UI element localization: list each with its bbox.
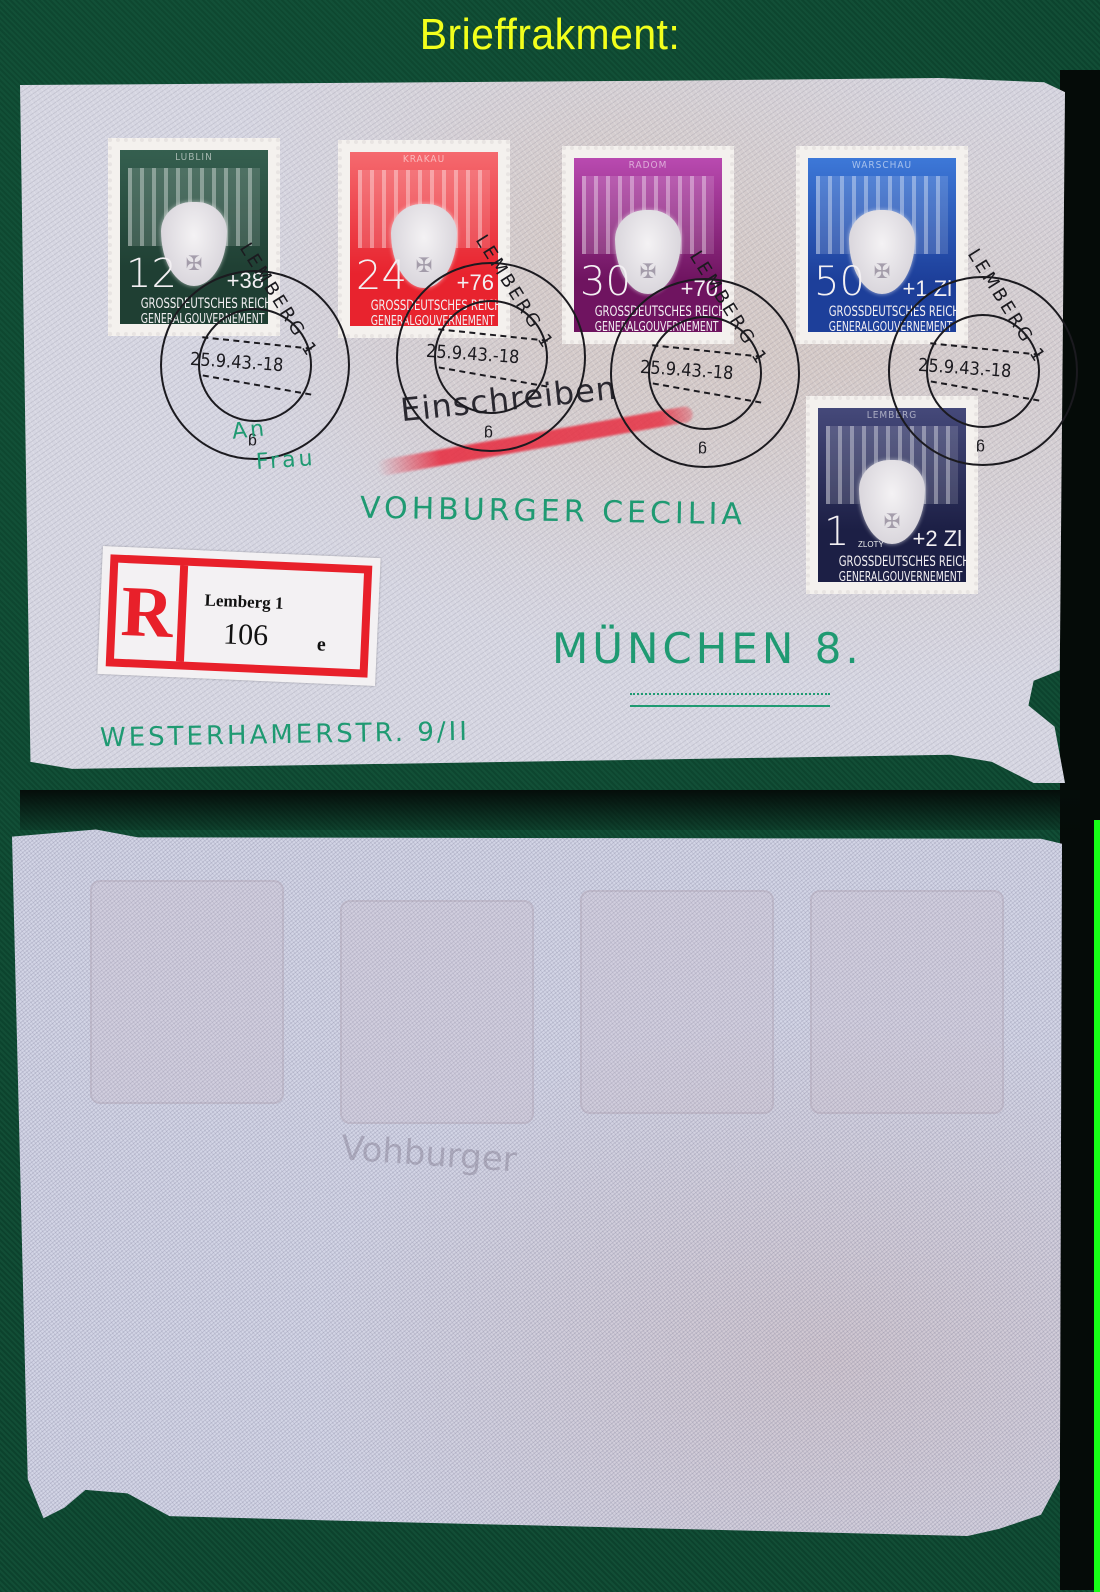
address-salutation: An (231, 416, 268, 445)
stamp-value: 24 (356, 256, 407, 296)
background-shadow-band (20, 790, 1080, 830)
registration-number: 106 (222, 617, 268, 653)
stamp-city: KRAKAU (350, 154, 498, 165)
address-title: Frau (255, 446, 316, 475)
address-city-underline (630, 693, 830, 707)
stamp-value: 30 (580, 262, 631, 302)
registration-label-frame: R (106, 554, 373, 677)
image-caption: Brieffrakment: (39, 10, 1062, 60)
stamp-value: 12 (126, 254, 177, 294)
address-name: VOHBURGER CECILIA (360, 491, 746, 533)
stamp-surcharge: +2 Zl (912, 528, 962, 550)
registration-letter: R (114, 563, 188, 662)
stamp-imprint-shadow (580, 890, 774, 1114)
address-city: MÜNCHEN 8. (552, 624, 863, 673)
stamp-value: 1 (824, 512, 849, 552)
postmark-code: g (976, 438, 985, 456)
registration-label: R Lemberg 1 106 e (97, 546, 380, 686)
stamp-imprint-shadow (810, 890, 1004, 1114)
postmark-code: g (698, 440, 707, 458)
postmark-cancel: LEMBERG 1 25.9.43.-18 g (396, 262, 586, 452)
stamp-city: LUBLIN (120, 152, 268, 163)
stamp-city: RADOM (574, 160, 722, 171)
registration-office: Lemberg 1 (204, 590, 284, 613)
green-edge-bar (1094, 820, 1100, 1592)
stamp-imprint-shadow (90, 880, 284, 1104)
postmark-cancel: LEMBERG 1 25.9.43.-18 g (610, 278, 800, 468)
stamp-imprint-shadow (340, 900, 534, 1124)
stamp-inscription: GENERALGOUVERNEMENT (839, 570, 946, 582)
postmark-cancel: LEMBERG 1 25.9.43.-18 g (888, 276, 1078, 466)
stamp-inscription: GROSSDEUTSCHES REICH (839, 554, 946, 570)
stamp-unit: ZLOTY (858, 540, 884, 549)
postmark-code: g (484, 424, 493, 442)
registration-suffix: e (316, 633, 326, 656)
stamp-city: WARSCHAU (808, 160, 956, 171)
stamp-value: 50 (814, 262, 865, 302)
